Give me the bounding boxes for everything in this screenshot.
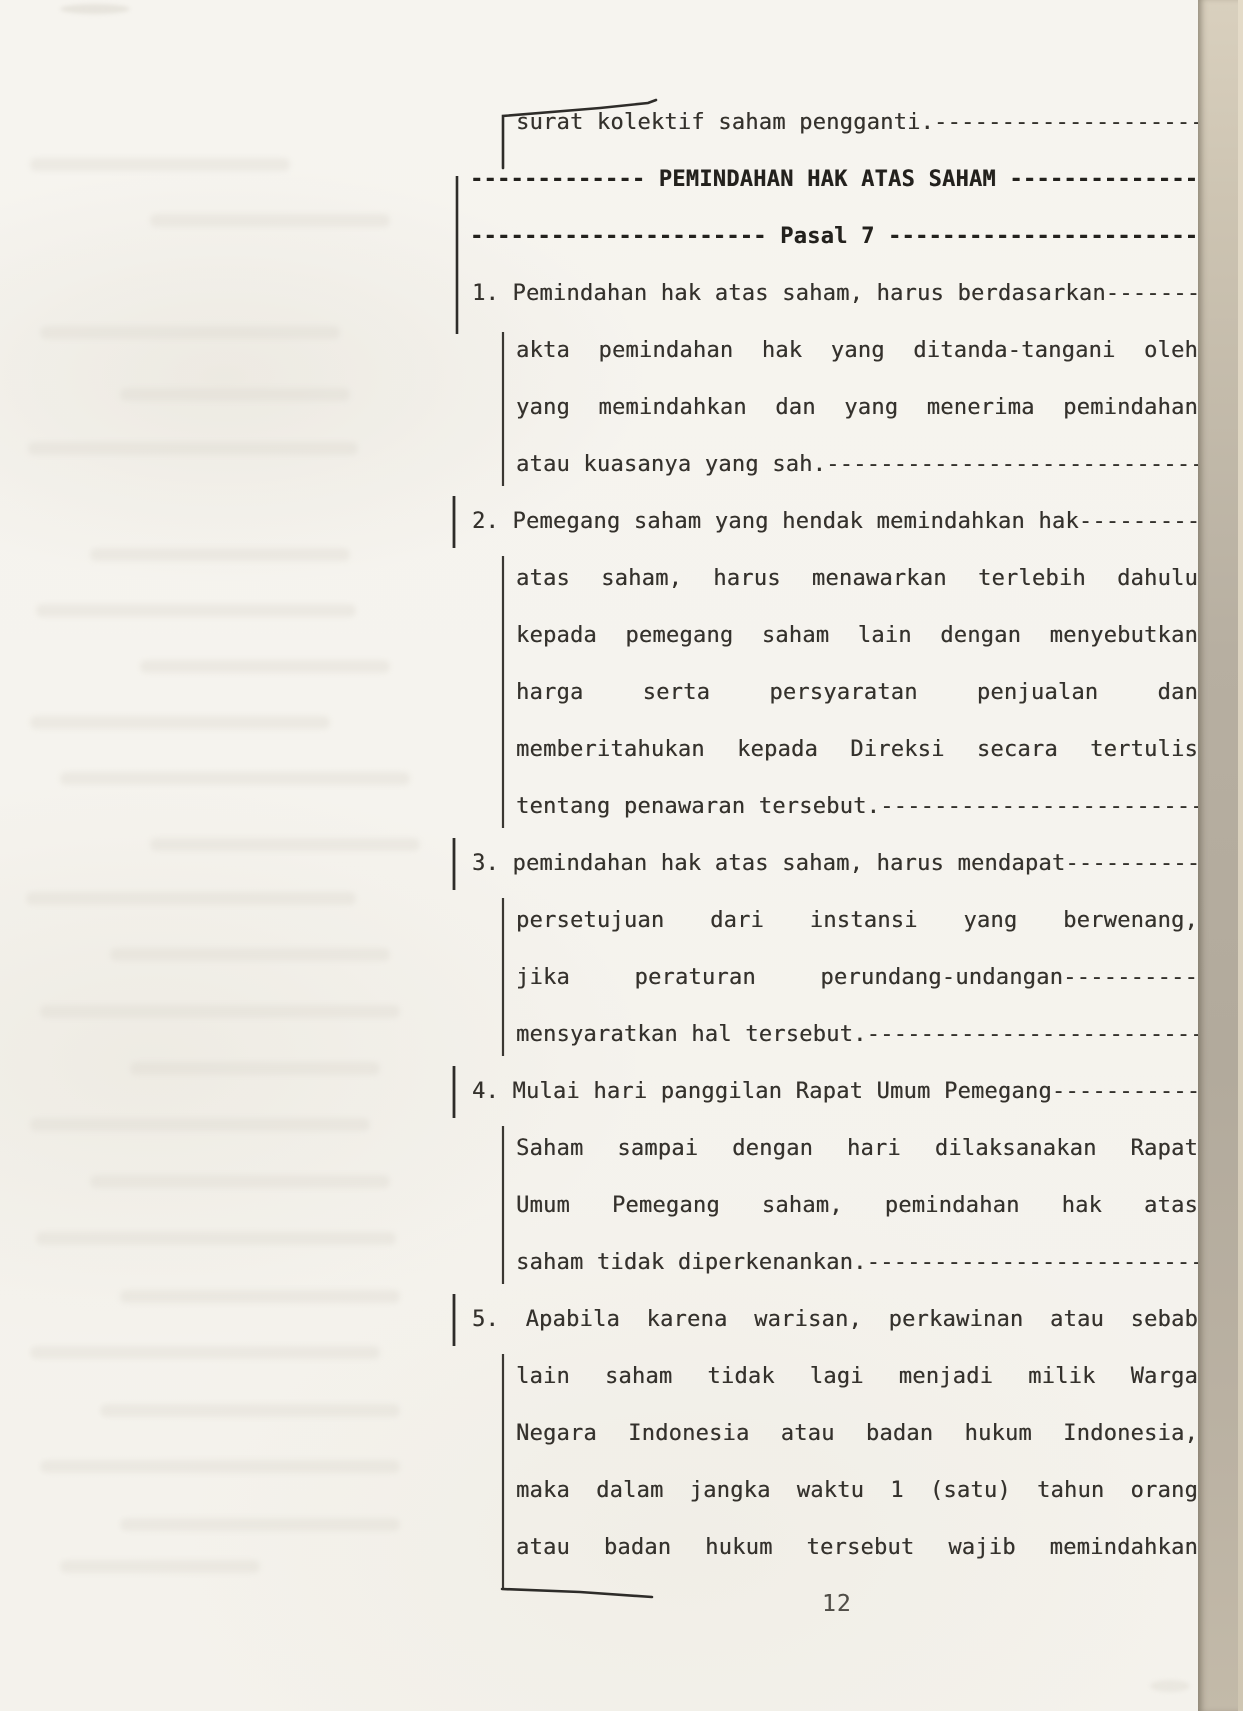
document-line: persetujuan dari instansi yang berwenang… <box>516 892 1198 949</box>
document-line: 2. Pemegang saham yang hendak memindahka… <box>472 493 1198 550</box>
document-line: lain saham tidak lagi menjadi milik Warg… <box>516 1348 1198 1405</box>
document-line: ------------- PEMINDAHAN HAK ATAS SAHAM … <box>470 151 1198 208</box>
scanned-document-page: surat kolektif saham pengganti.---------… <box>0 0 1243 1711</box>
document-line: maka dalam jangka waktu 1 (satu) tahun o… <box>516 1462 1198 1519</box>
document-line: Saham sampai dengan hari dilaksanakan Ra… <box>516 1120 1198 1177</box>
document-line: atau badan hukum tersebut wajib memindah… <box>516 1519 1198 1576</box>
document-line: kepada pemegang saham lain dengan menyeb… <box>516 607 1198 664</box>
document-line: yang memindahkan dan yang menerima pemin… <box>516 379 1198 436</box>
deed-text-block: surat kolektif saham pengganti.---------… <box>0 0 1198 1711</box>
document-line: 3. pemindahan hak atas saham, harus mend… <box>472 835 1198 892</box>
document-line: Negara Indonesia atau badan hukum Indone… <box>516 1405 1198 1462</box>
document-line: 4. Mulai hari panggilan Rapat Umum Pemeg… <box>472 1063 1198 1120</box>
document-line: Umum Pemegang saham, pemindahan hak atas <box>516 1177 1198 1234</box>
document-line: mensyaratkan hal tersebut.--------------… <box>516 1006 1198 1063</box>
document-line: jika peraturan perundang-undangan-------… <box>516 949 1198 1006</box>
document-line: 5. Apabila karena warisan, perkawinan at… <box>472 1291 1198 1348</box>
page-number: 12 <box>822 1576 882 1633</box>
document-line: tentang penawaran tersebut.-------------… <box>516 778 1198 835</box>
document-line: atas saham, harus menawarkan terlebih da… <box>516 550 1198 607</box>
document-line: harga serta persyaratan penjualan dan <box>516 664 1198 721</box>
document-line: saham tidak diperkenankan.--------------… <box>516 1234 1198 1291</box>
document-line: ---------------------- Pasal 7 ---------… <box>470 208 1198 265</box>
page-edge <box>1198 0 1243 1711</box>
document-line: 1. Pemindahan hak atas saham, harus berd… <box>472 265 1198 322</box>
document-line: memberitahukan kepada Direksi secara ter… <box>516 721 1198 778</box>
document-line: atau kuasanya yang sah.-----------------… <box>516 436 1198 493</box>
document-line: surat kolektif saham pengganti.---------… <box>516 94 1198 151</box>
document-line: akta pemindahan hak yang ditanda-tangani… <box>516 322 1198 379</box>
